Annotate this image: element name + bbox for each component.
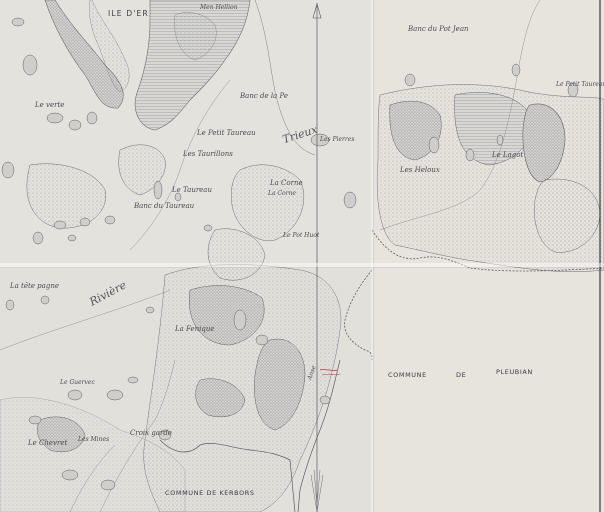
label-ile-der: ILE D'ER bbox=[108, 10, 149, 18]
label-banc-pot-jean: Banc du Pot Jean bbox=[408, 26, 469, 33]
label-les-heloux: Les Heloux bbox=[400, 167, 440, 174]
label-le-chevret: Le Chevret bbox=[28, 440, 67, 447]
label-le-lagot: Le Lagot bbox=[492, 152, 523, 159]
label-banc-de-la: Banc de la Pe bbox=[240, 93, 288, 100]
sheet-fold-vertical bbox=[371, 0, 373, 512]
sheet-fold-horizontal bbox=[0, 263, 604, 267]
map-sheet: ILE D'ER Men Hellion Banc du Pot Jean Ba… bbox=[0, 0, 604, 512]
label-commune-pleubian-2: DE bbox=[456, 372, 466, 379]
label-la-corne-2: La Corne bbox=[268, 191, 296, 197]
label-les-mines: Les Mines bbox=[78, 437, 109, 443]
label-commune-kerbors: COMMUNE DE KERBORS bbox=[165, 490, 255, 497]
label-le-petit-taureau: Le Petit Taureau bbox=[197, 130, 256, 137]
label-banc-du-taureau: Banc du Taureau bbox=[134, 203, 194, 210]
label-petit-taureau-right: Le Petit Taureau bbox=[556, 82, 604, 88]
label-le-pot-huot: Le Pot Huot bbox=[283, 233, 319, 239]
label-commune-pleubian-1: COMMUNE bbox=[388, 372, 427, 379]
label-croix-garde: Croix garde bbox=[130, 430, 172, 437]
label-les-pierres: Les Pierres bbox=[320, 137, 354, 143]
label-le-taureau: Le Taureau bbox=[172, 187, 212, 194]
label-la-fenique: La Fenique bbox=[175, 326, 215, 333]
label-men-hellion: Men Hellion bbox=[200, 5, 237, 11]
label-le-guervec: Le Guervec bbox=[60, 380, 95, 386]
label-le-verte: Le verte bbox=[35, 102, 64, 109]
label-la-tete-pagne: La tête pagne bbox=[10, 283, 59, 290]
label-la-corne: La Corne bbox=[270, 180, 303, 187]
label-commune-pleubian-3: PLEUBIAN bbox=[496, 369, 533, 376]
label-les-taurillons: Les Taurillons bbox=[183, 151, 233, 158]
